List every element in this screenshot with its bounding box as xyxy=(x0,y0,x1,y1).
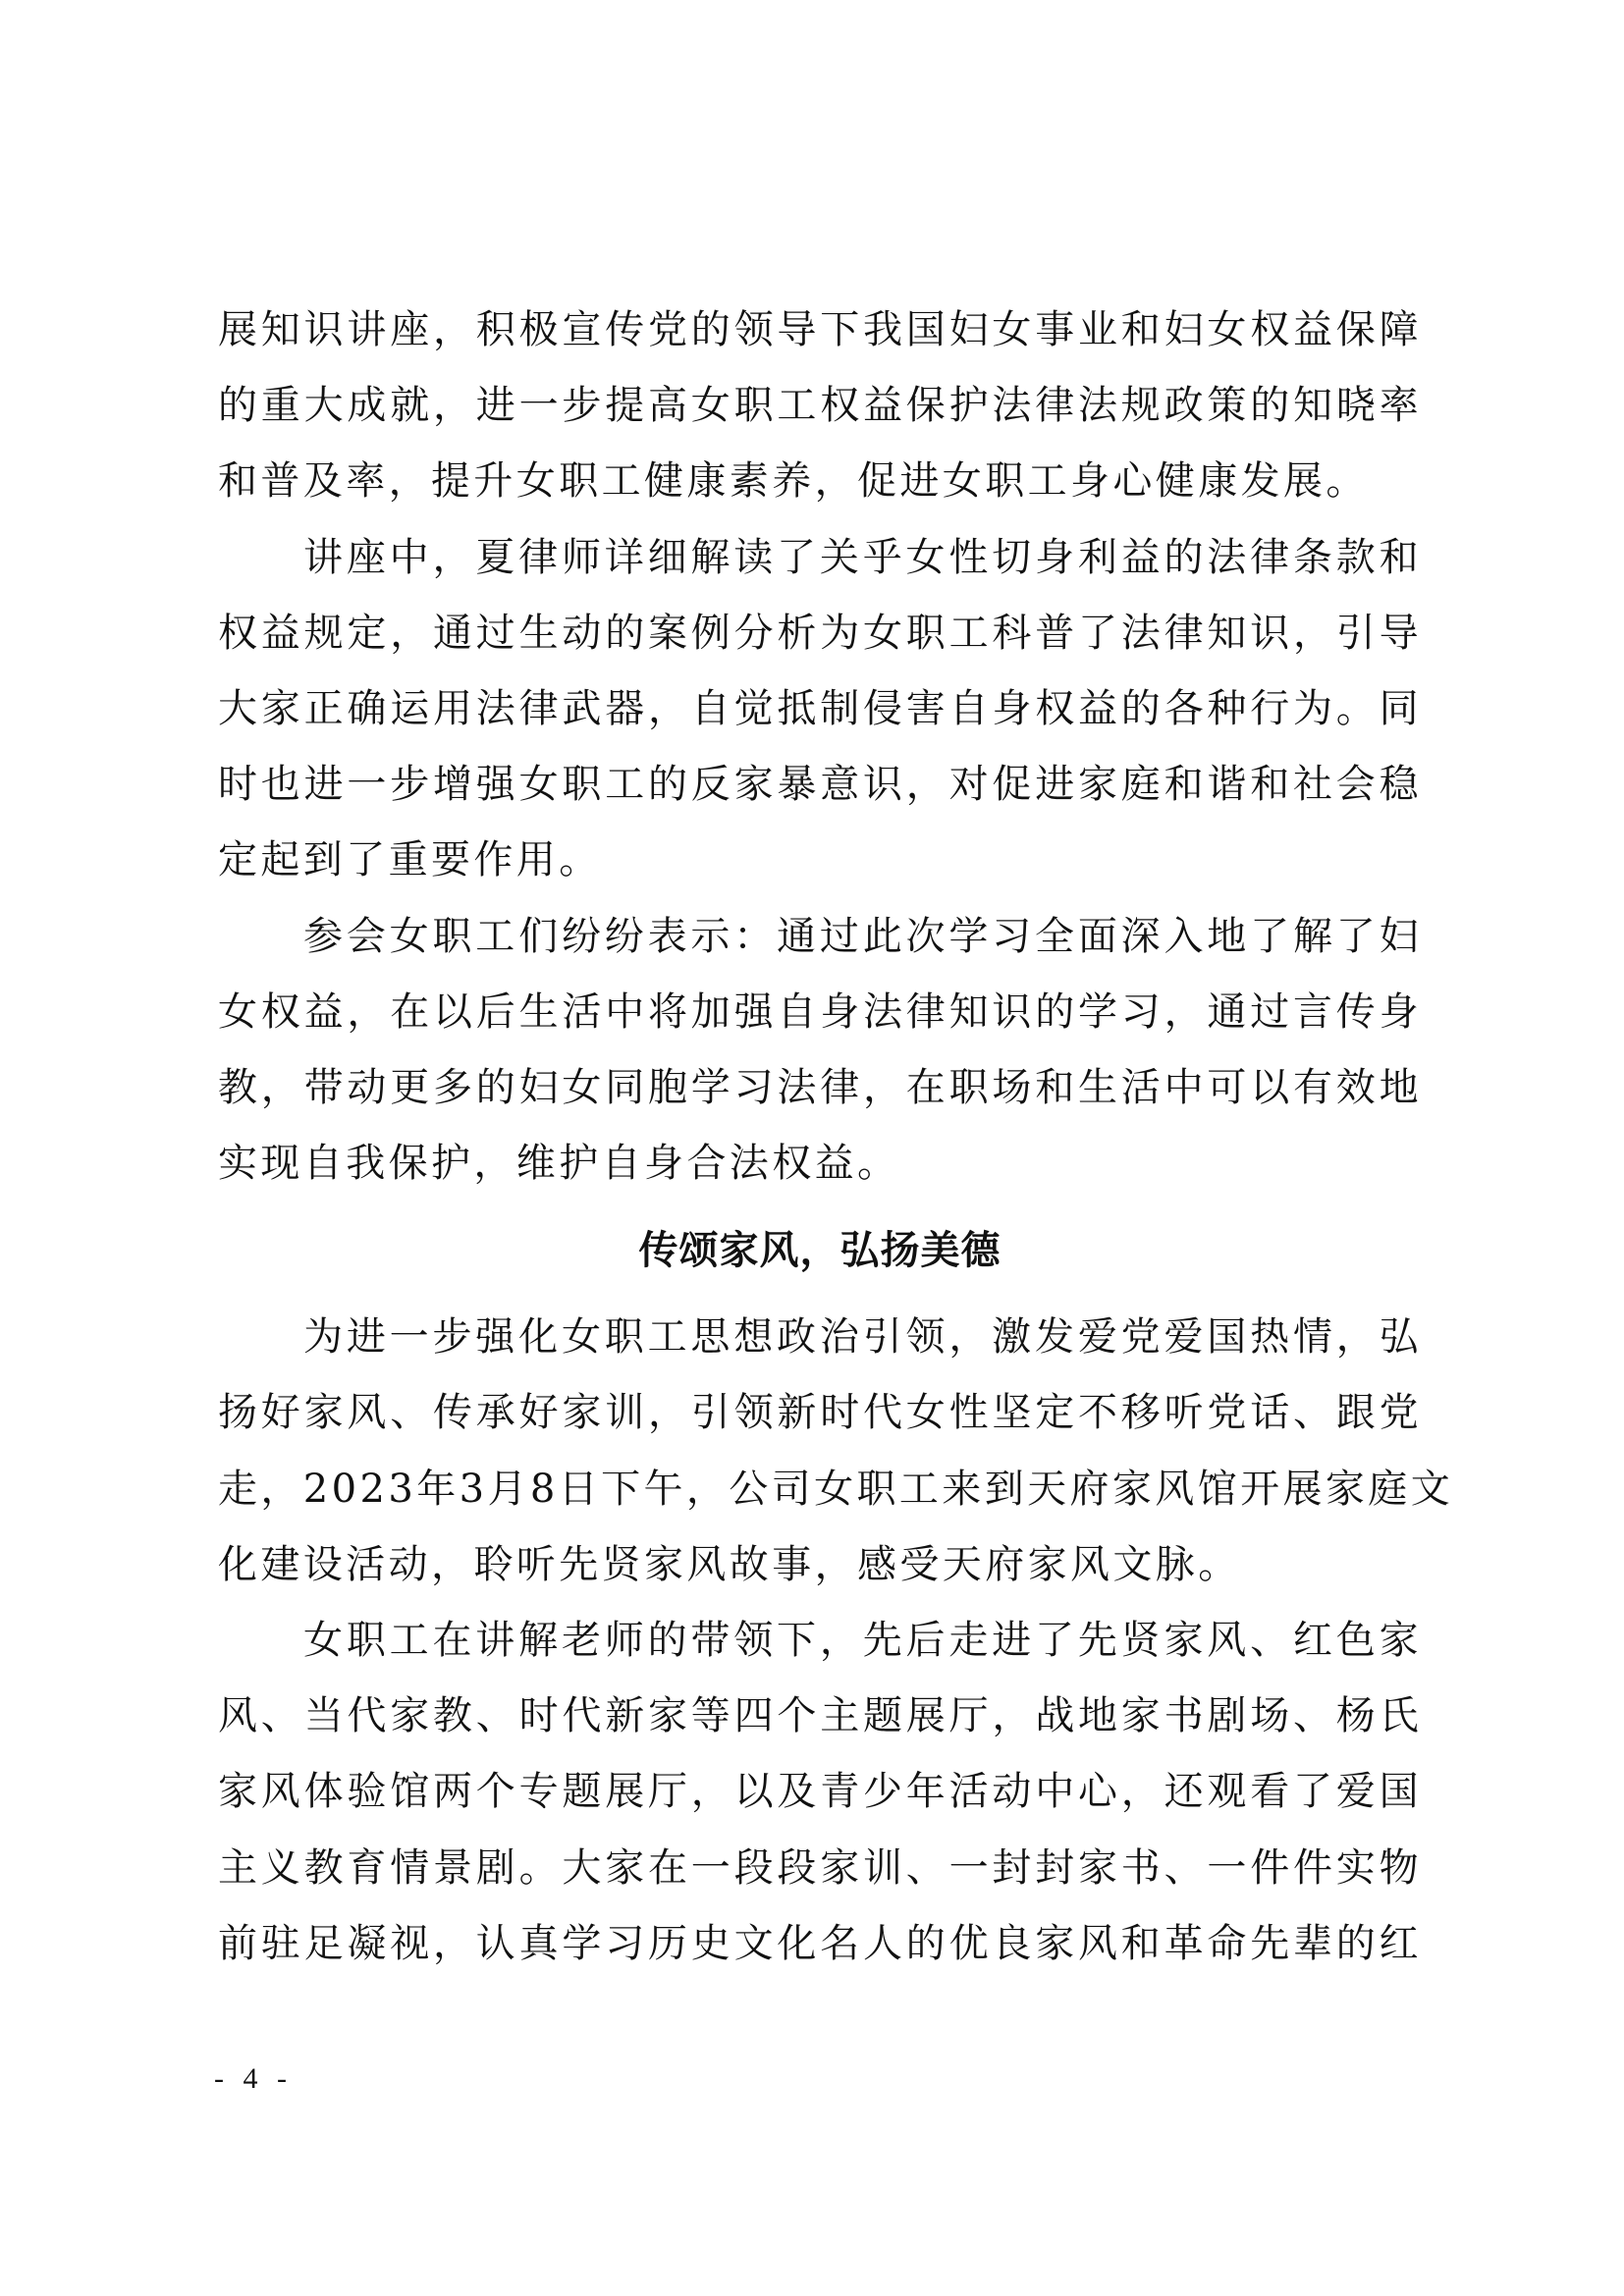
text-line: 实现自我保护，维护自身合法权益。 xyxy=(218,1126,1422,1201)
paragraph-family-culture-intro: 为进一步强化女职工思想政治引领，激发爱党爱国热情，弘 扬好家风、传承好家训，引领… xyxy=(218,1300,1422,1603)
text-line: 主义教育情景剧。大家在一段段家训、一封封家书、一件件实物 xyxy=(218,1831,1422,1906)
paragraph-lecture-content: 讲座中，夏律师详细解读了关乎女性切身利益的法律条款和 权益规定，通过生动的案例分… xyxy=(218,520,1422,899)
text-line: 和普及率，提升女职工健康素养，促进女职工身心健康发展。 xyxy=(218,444,1422,519)
text-line: 化建设活动，聆听先贤家风故事，感受天府家风文脉。 xyxy=(218,1527,1422,1603)
page-number: - 4 - xyxy=(214,2059,293,2099)
text-line: 展知识讲座，积极宣传党的领导下我国妇女事业和妇女权益保障 xyxy=(218,293,1422,368)
section-heading: 传颂家风，弘扬美德 xyxy=(218,1201,1422,1300)
paragraph-lecture-purpose: 展知识讲座，积极宣传党的领导下我国妇女事业和妇女权益保障 的重大成就，进一步提高… xyxy=(218,293,1422,520)
paragraph-museum-visit: 女职工在讲解老师的带领下，先后走进了先贤家风、红色家 风、当代家教、时代新家等四… xyxy=(218,1603,1422,1982)
text-line: 扬好家风、传承好家训，引领新时代女性坚定不移听党话、跟党 xyxy=(218,1375,1422,1451)
text-line: 家风体验馆两个专题展厅，以及青少年活动中心，还观看了爱国 xyxy=(218,1754,1422,1830)
text-line: 参会女职工们纷纷表示：通过此次学习全面深入地了解了妇 xyxy=(218,899,1422,975)
document-page: 展知识讲座，积极宣传党的领导下我国妇女事业和妇女权益保障 的重大成就，进一步提高… xyxy=(0,0,1624,2296)
paragraph-participant-feedback: 参会女职工们纷纷表示：通过此次学习全面深入地了解了妇 女权益，在以后生活中将加强… xyxy=(218,899,1422,1202)
document-body: 展知识讲座，积极宣传党的领导下我国妇女事业和妇女权益保障 的重大成就，进一步提高… xyxy=(218,293,1422,1982)
text-line: 的重大成就，进一步提高女职工权益保护法律法规政策的知晓率 xyxy=(218,368,1422,444)
text-line: 权益规定，通过生动的案例分析为女职工科普了法律知识，引导 xyxy=(218,596,1422,671)
text-line: 女职工在讲解老师的带领下，先后走进了先贤家风、红色家 xyxy=(218,1603,1422,1679)
text-line: 时也进一步增强女职工的反家暴意识，对促进家庭和谐和社会稳 xyxy=(218,747,1422,823)
text-line: 风、当代家教、时代新家等四个主题展厅，战地家书剧场、杨氏 xyxy=(218,1679,1422,1754)
text-line: 定起到了重要作用。 xyxy=(218,823,1422,898)
text-line: 女权益，在以后生活中将加强自身法律知识的学习，通过言传身 xyxy=(218,975,1422,1050)
text-line: 讲座中，夏律师详细解读了关乎女性切身利益的法律条款和 xyxy=(218,520,1422,596)
text-line: 为进一步强化女职工思想政治引领，激发爱党爱国热情，弘 xyxy=(218,1300,1422,1375)
text-line: 前驻足凝视，认真学习历史文化名人的优良家风和革命先辈的红 xyxy=(218,1906,1422,1982)
text-line: 教，带动更多的妇女同胞学习法律，在职场和生活中可以有效地 xyxy=(218,1050,1422,1126)
text-line: 走，2023年3月8日下午，公司女职工来到天府家风馆开展家庭文 xyxy=(218,1452,1422,1527)
text-line: 大家正确运用法律武器，自觉抵制侵害自身权益的各种行为。同 xyxy=(218,671,1422,747)
